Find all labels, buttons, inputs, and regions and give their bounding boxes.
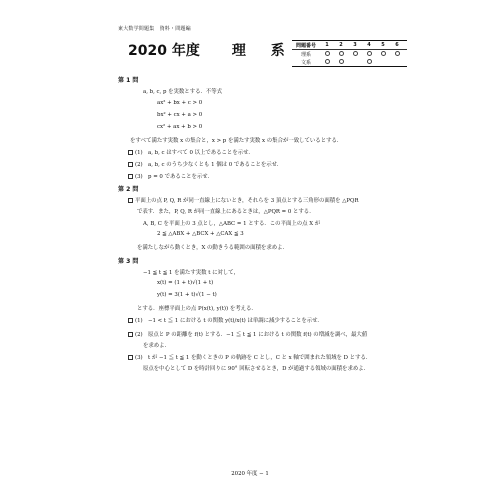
problem-2-text: A, B, C を平面上の 3 点とし，△ABC = 1 とする．この平面上の点… bbox=[143, 219, 320, 227]
problem-number: 4 bbox=[362, 42, 376, 48]
checkbox-icon bbox=[128, 332, 133, 337]
circle-mark-icon bbox=[381, 51, 386, 56]
subquestion-text: (3) t が −1 ≦ t ≦ 1 を動くときの P の軌跡を C とし，C … bbox=[135, 355, 371, 361]
subquestion: (2) a, b, c のうち少なくとも 1 個は 0 であることを示せ． bbox=[128, 160, 282, 168]
series-title: 東大数学問題集 資料・問題編 bbox=[118, 25, 191, 32]
subquestion-text: (1) −1 < t ≦ 1 における t の関数 y(t)/x(t) は単調に… bbox=[135, 318, 323, 324]
problem-3-text: −1 ≦ t ≦ 1 を満たす実数 t に対して， bbox=[143, 268, 239, 276]
problem-2-text: を満たしながら動くとき，X の動きうる範囲の面積を求めよ． bbox=[137, 243, 288, 251]
grade-header-row: 問題番号 1 2 3 4 5 6 bbox=[292, 41, 407, 50]
inequality: bx² + cx + a > 0 bbox=[157, 112, 202, 118]
checkbox-icon bbox=[128, 198, 133, 203]
problem-number: 2 bbox=[334, 42, 348, 48]
problem-number: 6 bbox=[390, 42, 404, 48]
subquestion: (1) a, b, c はすべて 0 以上であることを示せ． bbox=[128, 148, 254, 156]
subquestion-text: (1) a, b, c はすべて 0 以上であることを示せ． bbox=[135, 150, 254, 156]
inequality: cx² + ax + b > 0 bbox=[157, 124, 202, 130]
problem-3-text: とする．座標平面上の点 P(x(t), y(t)) を考える． bbox=[137, 304, 257, 312]
grade-row-label: 文系 bbox=[292, 59, 320, 66]
subquestion: (1) −1 < t ≦ 1 における t の関数 y(t)/x(t) は単調に… bbox=[128, 316, 323, 324]
problem-text: 平面上の点 P, Q, R が同一直線上にないとき，それらを 3 頂点とする三角… bbox=[135, 198, 359, 204]
equation: y(t) = 3(1 + t)√(1 − t) bbox=[157, 292, 217, 298]
subquestion-text: (3) p = 0 であることを示せ． bbox=[135, 174, 213, 180]
exam-year: 2020 年度 bbox=[128, 43, 200, 59]
problem-number: 3 bbox=[348, 42, 362, 48]
checkbox-icon bbox=[128, 162, 133, 167]
problem-1-heading: 第 1 問 bbox=[118, 75, 138, 84]
inequality: ax² + bx + c > 0 bbox=[157, 100, 202, 106]
checkbox-icon bbox=[128, 150, 133, 155]
subquestion: (3) p = 0 であることを示せ． bbox=[128, 172, 213, 180]
problem-number: 1 bbox=[320, 42, 334, 48]
circle-mark-icon bbox=[339, 51, 344, 56]
grade-row-science: 理系 bbox=[292, 50, 407, 58]
page-title: 2020 年度理 系 bbox=[128, 40, 295, 60]
subquestion-text: (2) a, b, c のうち少なくとも 1 個は 0 であることを示せ． bbox=[135, 162, 282, 168]
grade-header-label: 問題番号 bbox=[292, 42, 320, 49]
exam-page: 東大数学問題集 資料・問題編 2020 年度理 系 問題番号 1 2 3 4 5… bbox=[0, 0, 500, 500]
problem-1-text: a, b, c, p を実数とする．不等式 bbox=[143, 87, 222, 95]
problem-2-heading: 第 2 問 bbox=[118, 184, 138, 193]
problem-2-text: で表す．また，P, Q, R が同一直線上にあるときは，△PQR = 0 とする… bbox=[137, 207, 315, 215]
circle-mark-icon bbox=[353, 51, 358, 56]
checkbox-icon bbox=[128, 355, 133, 360]
circle-mark-icon bbox=[367, 51, 372, 56]
circle-mark-icon bbox=[339, 59, 344, 64]
circle-mark-icon bbox=[325, 59, 330, 64]
inequality: 2 ≦ △ABX + △BCX + △CAX ≦ 3 bbox=[157, 231, 244, 237]
problem-grade-table: 問題番号 1 2 3 4 5 6 理系 文系 bbox=[292, 40, 407, 67]
circle-mark-icon bbox=[367, 59, 372, 64]
problem-1-text: をすべて満たす実数 x の集合と，x > p を満たす実数 x の集合が一致して… bbox=[130, 136, 342, 144]
problem-3-heading: 第 3 問 bbox=[118, 256, 138, 265]
subquestion-text: 原点を中心として D を時計回りに 90° 回転させるとき，D が通過する領域の… bbox=[143, 364, 369, 372]
subquestion: (3) t が −1 ≦ t ≦ 1 を動くときの P の軌跡を C とし，C … bbox=[128, 353, 371, 361]
equation: x(t) = (1 + t)√(1 + t) bbox=[157, 280, 213, 286]
circle-mark-icon bbox=[395, 51, 400, 56]
page-footer: 2020 年度 − 1 bbox=[0, 469, 500, 477]
grade-row-humanities: 文系 bbox=[292, 58, 407, 66]
circle-mark-icon bbox=[325, 51, 330, 56]
problem-2-text: 平面上の点 P, Q, R が同一直線上にないとき，それらを 3 頂点とする三角… bbox=[128, 196, 359, 204]
exam-subject: 理 系 bbox=[232, 43, 295, 59]
subquestion-text: を求めよ． bbox=[143, 341, 170, 349]
grade-row-label: 理系 bbox=[292, 51, 320, 58]
problem-number: 5 bbox=[376, 42, 390, 48]
subquestion: (2) 原点と P の距離を f(t) とする．−1 ≦ t ≦ 1 における … bbox=[128, 330, 367, 338]
checkbox-icon bbox=[128, 318, 133, 323]
subquestion-text: (2) 原点と P の距離を f(t) とする．−1 ≦ t ≦ 1 における … bbox=[135, 332, 367, 338]
checkbox-icon bbox=[128, 174, 133, 179]
